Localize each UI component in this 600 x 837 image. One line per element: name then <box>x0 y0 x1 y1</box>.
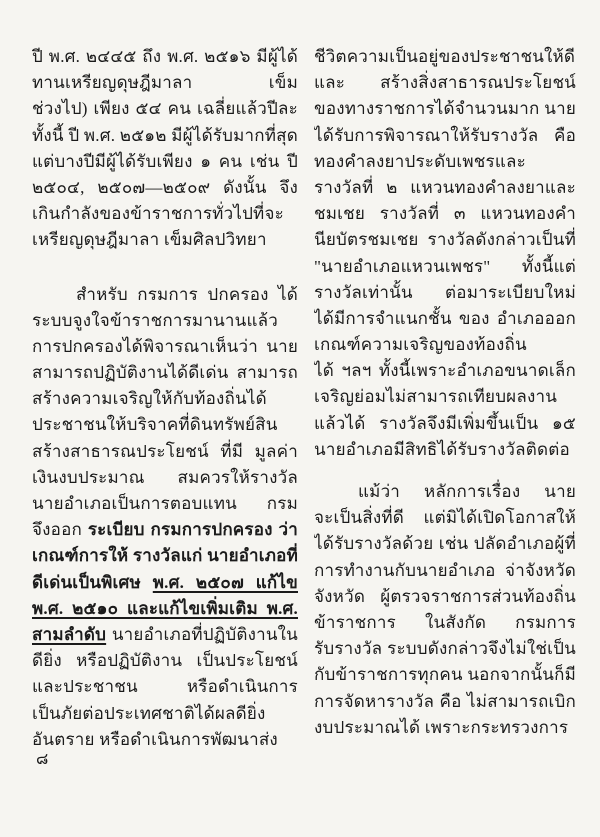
text-line: งบประมาณได้ เพราะกระทรวงการคลังเห็นว่า <box>314 715 576 741</box>
text-line: ของทางราชการได้จำนวนมาก นายอำเภอผู้นั้นจ… <box>314 96 576 122</box>
text-line: รางวัลเท่านั้น ต่อมาระเบียบใหม่ พ.ศ. ๒๕๒… <box>314 280 576 306</box>
body-text: ชีวิตความเป็นอยู่ของประชาชนให้ดีขึ้น หรื… <box>314 47 576 70</box>
body-text: รางวัลเท่านั้น ต่อมาระเบียบใหม่ <box>314 283 576 302</box>
body-text: สามารถปฏิบัติงานได้ดีเด่น สามารถพัฒนาและ <box>32 363 298 386</box>
paragraph: ชีวิตความเป็นอยู่ของประชาชนให้ดีขึ้น หรื… <box>314 44 576 463</box>
text-line: "นายอำเภอแหวนเพชร" ทั้งนี้แต่เดิมมามีเพี… <box>314 254 576 280</box>
body-text: เกณฑ์ความเจริญของท้องถิ่น จำนวนประชาชน ร… <box>314 335 576 358</box>
body-text: ประชาชนให้บริจาคที่ดินทรัพย์สิน และร่วมก… <box>32 415 278 438</box>
body-text: เหรียญดุษฎีมาลา เข็มศิลปวิทยา <box>32 230 267 249</box>
body-text: ได้ ฯลฯ ทั้งนี้เพราะอำเภอขนาดเล็กห่างไกล… <box>314 361 576 384</box>
text-line: กับข้าราชการทุกคน นอกจากนั้นก็มีปัญหาเรื… <box>314 662 576 688</box>
text-line: ระบบจูงใจข้าราชการมานานแล้ว กล่าวคือ กรม <box>32 308 298 334</box>
column-left: ปี พ.ศ. ๒๔๔๕ ถึง พ.ศ. ๒๕๑๖ มีผู้ได้รับพร… <box>32 44 298 753</box>
body-text: ๒๕๐๔, ๒๕๐๗—๒๕๐๙ ดังนั้น จึงเป็นเรื่องยาก <box>32 178 298 201</box>
body-text: รางวัลที่ ๒ แหวนทองคำลงยาและประกาศนียบัต… <box>314 178 576 201</box>
text-line: จังหวัด ผู้ตรวจราชการส่วนท้องถิ่น ฯลฯ ซึ… <box>314 584 576 610</box>
body-text: และประชาชน หรือดำเนินการสืบสวนปราบปรามผู… <box>32 677 298 700</box>
text-line: และ สร้างสิ่งสาธารณประโยชน์โดย ไม่ ต้อง … <box>314 70 576 96</box>
body-text: และ สร้างสิ่งสาธารณประโยชน์โดย ไม่ ต้อง … <box>314 73 576 96</box>
body-text: สร้างความเจริญให้กับท้องถิ่นได้มาก โดยชั… <box>32 389 298 412</box>
body-text: สำหรับ กรมการ ปกครอง ได้ พยายาม สร้าง <box>32 285 298 308</box>
text-line: สามลำดับ นายอำเภอที่ปฏิบัติงานในหน้าที่ไ… <box>32 622 298 648</box>
paragraph: สำหรับ กรมการ ปกครอง ได้ พยายาม สร้างระบ… <box>32 282 298 753</box>
body-text: การปกครองได้พิจารณาเห็นว่า นายอำเภอหลายค… <box>32 337 298 360</box>
text-line: รางวัลที่ ๒ แหวนทองคำลงยาและประกาศนียบัต… <box>314 175 576 201</box>
text-line: แล้วได้ รางวัลจึงมีเพิ่มขึ้นเป็น ๑๕ รางว… <box>314 411 576 437</box>
text-line: นายอำเภอเป็นการตอบแทน กรมการปกครอง <box>32 491 298 517</box>
body-text: นียบัตรชมเชย รางวัลดังกล่าวเป็นที่คุ้นเค… <box>314 230 576 253</box>
text-columns: ปี พ.ศ. ๒๔๔๕ ถึง พ.ศ. ๒๕๑๖ มีผู้ได้รับพร… <box>32 44 576 753</box>
body-text: นายอำเภอมีสิทธิได้รับรางวัลติดต่อกันหลาย… <box>314 440 570 463</box>
text-line: ได้มีการจำแนกชั้น ของ อำเภอออกเป็น ๕ ชั้… <box>314 306 576 332</box>
text-line: การทำงานกับนายอำเภอ จ่าจังหวัด อักษรเลข <box>314 558 576 584</box>
text-line: สร้างความเจริญให้กับท้องถิ่นได้มาก โดยชั… <box>32 386 298 412</box>
body-text: จะเป็นสิ่งที่ดี แต่มิได้เปิดโอกาสให้ข้าร… <box>314 508 576 531</box>
body-text: "นายอำเภอแหวนเพชร" ทั้งนี้แต่เดิมมามีเพี… <box>314 257 576 280</box>
text-line: ๒๕๐๔, ๒๕๐๗—๒๕๐๙ ดังนั้น จึงเป็นเรื่องยาก <box>32 175 298 201</box>
emphasized-text: สามลำดับ <box>32 625 106 644</box>
text-line: พ.ศ. ๒๕๑๐ และแก้ไขเพิ่มเติม พ.ศ. ๒๕๒๐ <box>32 596 298 622</box>
body-text: การจัดหารางวัล คือ ไม่สามารถเบิกจ่ายจากเ… <box>314 692 576 715</box>
text-line: นายอำเภอมีสิทธิได้รับรางวัลติดต่อกันหลาย… <box>314 437 576 463</box>
text-line: ได้รับรางวัลด้วย เช่น ปลัดอำเภอผู้ที่มีส… <box>314 531 576 557</box>
text-line: เกินกำลังของข้าราชการทั่วไปที่จะได้รับพร… <box>32 201 298 227</box>
text-line: ชีวิตความเป็นอยู่ของประชาชนให้ดีขึ้น หรื… <box>314 44 576 70</box>
text-line: สร้างสาธารณประโยชน์ ที่มี มูลค่าสูงโดยไม… <box>32 439 298 465</box>
paragraph: ปี พ.ศ. ๒๔๔๕ ถึง พ.ศ. ๒๕๑๖ มีผู้ได้รับพร… <box>32 44 298 254</box>
text-line: สามารถปฏิบัติงานได้ดีเด่น สามารถพัฒนาและ <box>32 360 298 386</box>
text-line: ได้ ฯลฯ ทั้งนี้เพราะอำเภอขนาดเล็กห่างไกล… <box>314 358 576 384</box>
body-text: ชมเชย รางวัลที่ ๓ แหวนทองคำและประกาศ- <box>314 204 576 227</box>
body-text: ดียิ่ง หรือปฏิบัติงาน เป็นประโยชน์ต่อ ปร… <box>32 651 298 674</box>
body-text: เงินงบประมาณ สมควรให้รางวัลและการยกย่อง <box>32 468 298 491</box>
body-text: กับข้าราชการทุกคน นอกจากนั้นก็มีปัญหาเรื… <box>314 665 576 688</box>
text-line: เกณฑ์การให้ รางวัลแก่ นายอำเภอที่ ปฏิบัต… <box>32 543 298 569</box>
text-line: การปกครองได้พิจารณาเห็นว่า นายอำเภอหลายค… <box>32 334 298 360</box>
text-line: ทานเหรียญดุษฎีมาลา เข็มศิลปวิทยา (บางปีข… <box>32 70 298 96</box>
text-line: ช่วงไป) เพียง ๕๔ คน เฉลี่ยแล้วปีละ ๔.๑๕ … <box>32 96 298 122</box>
text-line: แต่บางปีมีผู้ได้รับเพียง ๑ คน เช่น ปี พ.… <box>32 149 298 175</box>
body-text: งบประมาณได้ เพราะกระทรวงการคลังเห็นว่า <box>314 718 568 741</box>
body-text: สร้างสาธารณประโยชน์ ที่มี มูลค่าสูงโดยไม… <box>32 442 298 465</box>
text-line: ชมเชย รางวัลที่ ๓ แหวนทองคำและประกาศ- <box>314 201 576 227</box>
text-line: ดีเด่นเป็นพิเศษ พ.ศ. ๒๕๐๗ แก้ไขเพิ่มเติม <box>32 570 298 596</box>
text-line: ดียิ่ง หรือปฏิบัติงาน เป็นประโยชน์ต่อ ปร… <box>32 648 298 674</box>
text-line: เงินงบประมาณ สมควรให้รางวัลและการยกย่อง <box>32 465 298 491</box>
body-text: ปี พ.ศ. ๒๔๔๕ ถึง พ.ศ. ๒๕๑๖ มีผู้ได้รับพร… <box>32 47 298 70</box>
body-text: จังหวัด ผู้ตรวจราชการส่วนท้องถิ่น ฯลฯ ซึ… <box>314 587 576 610</box>
text-line: การจัดหารางวัล คือ ไม่สามารถเบิกจ่ายจากเ… <box>314 689 576 715</box>
body-text: ทั้งนี้ ปี พ.ศ. ๒๕๑๒ มีผู้ได้รับมากที่สุ… <box>32 126 298 149</box>
body-text: การทำงานกับนายอำเภอ จ่าจังหวัด อักษรเลข <box>314 561 576 584</box>
paragraph: แม้ว่า หลักการเรื่อง นายอำเภอ แหวนเพชรจะ… <box>314 479 576 741</box>
text-line: จึงออก ระเบียบ กรมการปกครอง ว่าด้วย หลัก… <box>32 517 298 543</box>
body-text: รับรางวัล ระบบดังกล่าวจึงไม่ใช่เป็นสิ่งท… <box>314 639 576 662</box>
text-line: และประชาชน หรือดำเนินการสืบสวนปราบปรามผู… <box>32 674 298 700</box>
column-right: ชีวิตความเป็นอยู่ของประชาชนให้ดีขึ้น หรื… <box>314 44 576 753</box>
text-line: นียบัตรชมเชย รางวัลดังกล่าวเป็นที่คุ้นเค… <box>314 227 576 253</box>
text-line: เหรียญดุษฎีมาลา เข็มศิลปวิทยา <box>32 227 298 253</box>
text-line: ทั้งนี้ ปี พ.ศ. ๒๕๑๒ มีผู้ได้รับมากที่สุ… <box>32 123 298 149</box>
text-line: อันตราย หรือดำเนินการพัฒนาส่งเสริมอาชีพแ… <box>32 727 298 753</box>
document-page: ปี พ.ศ. ๒๔๔๕ ถึง พ.ศ. ๒๕๑๖ มีผู้ได้รับพร… <box>0 0 600 837</box>
body-text: อันตราย หรือดำเนินการพัฒนาส่งเสริมอาชีพแ… <box>32 730 278 753</box>
body-text: เจริญย่อมไม่สามารถเทียบผลงานกับอำเภอที่เ… <box>314 387 557 410</box>
body-text: ระบบจูงใจข้าราชการมานานแล้ว กล่าวคือ กรม <box>32 311 298 334</box>
body-text: ได้รับรางวัลด้วย เช่น ปลัดอำเภอผู้ที่มีส… <box>314 534 576 557</box>
body-text: เกินกำลังของข้าราชการทั่วไปที่จะได้รับพร… <box>32 204 284 227</box>
text-line: รับรางวัล ระบบดังกล่าวจึงไม่ใช่เป็นสิ่งท… <box>314 636 576 662</box>
text-line: เป็นภัยต่อประเทศชาติได้ผลดียิ่ง หรือโดยก… <box>32 701 298 727</box>
text-line: แม้ว่า หลักการเรื่อง นายอำเภอ แหวนเพชร <box>314 479 576 505</box>
emphasized-text: เกณฑ์การให้ รางวัลแก่ นายอำเภอที่ ปฏิบัต… <box>32 546 298 569</box>
text-line: ทองคำลงยาประดับเพชรและประกาศนียบัตรชมเชย <box>314 149 576 175</box>
emphasized-text: ดีเด่นเป็นพิเศษ <box>32 573 153 592</box>
body-text: ทองคำลงยาประดับเพชรและประกาศนียบัตรชมเชย <box>314 152 526 175</box>
text-line: เจริญย่อมไม่สามารถเทียบผลงานกับอำเภอที่เ… <box>314 384 576 410</box>
body-text: ทานเหรียญดุษฎีมาลา เข็มศิลปวิทยา (บางปีข… <box>32 73 298 96</box>
text-line: เกณฑ์ความเจริญของท้องถิ่น จำนวนประชาชน ร… <box>314 332 576 358</box>
text-line: ข้าราชการ ในสังกัด กรมการ ปกครองก็ไม่มีส… <box>314 610 576 636</box>
text-line: ปี พ.ศ. ๒๔๔๕ ถึง พ.ศ. ๒๕๑๖ มีผู้ได้รับพร… <box>32 44 298 70</box>
emphasized-text: พ.ศ. ๒๕๑๐ และแก้ไขเพิ่มเติม พ.ศ. ๒๕๒๐ <box>32 599 298 622</box>
page-number: ๘ <box>36 750 48 770</box>
text-line: สำหรับ กรมการ ปกครอง ได้ พยายาม สร้าง <box>32 282 298 308</box>
text-line: ประชาชนให้บริจาคที่ดินทรัพย์สิน และร่วมก… <box>32 412 298 438</box>
body-text: ได้รับการพิจารณาให้รับรางวัล คือรางวัลที… <box>314 126 576 149</box>
body-text: ได้มีการจำแนกชั้น ของ อำเภอออกเป็น ๕ ชั้… <box>314 309 576 332</box>
body-text: แต่บางปีมีผู้ได้รับเพียง ๑ คน เช่น ปี พ.… <box>32 152 298 175</box>
body-text: นายอำเภอเป็นการตอบแทน กรมการปกครอง <box>32 494 298 517</box>
body-text: ข้าราชการ ในสังกัด กรมการ ปกครองก็ไม่มีส… <box>314 613 576 636</box>
body-text: ช่วงไป) เพียง ๕๔ คน เฉลี่ยแล้วปีละ ๔.๑๕ … <box>32 99 298 122</box>
body-text: แม้ว่า หลักการเรื่อง นายอำเภอ แหวนเพชร <box>314 482 576 505</box>
text-line: จะเป็นสิ่งที่ดี แต่มิได้เปิดโอกาสให้ข้าร… <box>314 505 576 531</box>
body-text: เป็นภัยต่อประเทศชาติได้ผลดียิ่ง หรือโดยก… <box>32 704 266 727</box>
body-text: แล้วได้ รางวัลจึงมีเพิ่มขึ้นเป็น ๑๕ รางว… <box>314 414 576 437</box>
body-text: ของทางราชการได้จำนวนมาก นายอำเภอผู้นั้นจ… <box>314 99 576 122</box>
text-line: ได้รับการพิจารณาให้รับรางวัล คือรางวัลที… <box>314 123 576 149</box>
body-text: จึงออก <box>32 520 88 539</box>
